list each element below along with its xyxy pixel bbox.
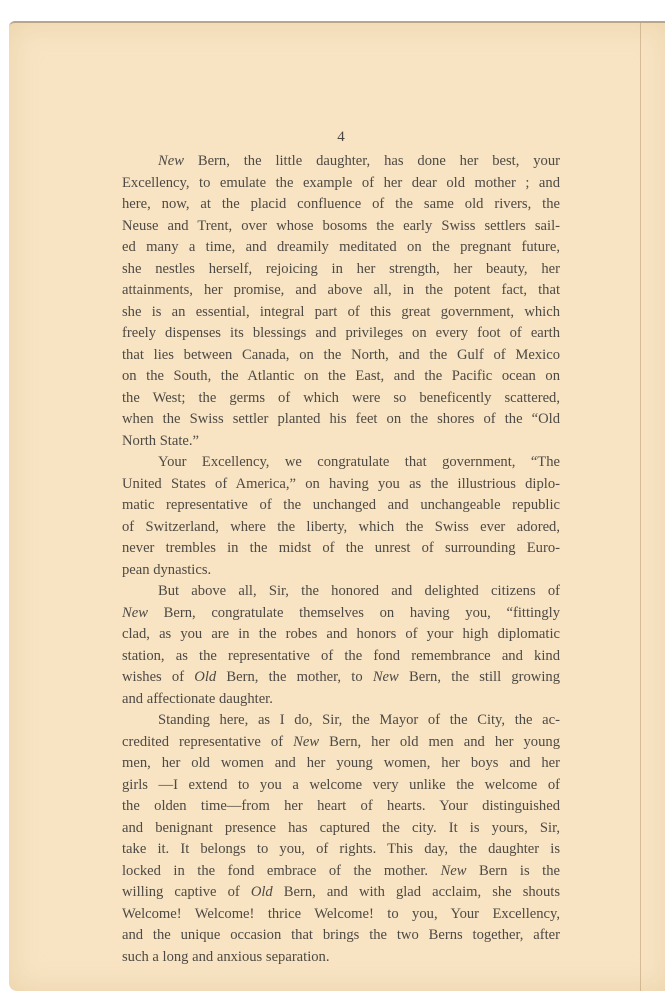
text-line: such a long and anxious separation. (122, 947, 560, 969)
text-segment: and benignant presence has captured the … (122, 820, 560, 836)
text-line: United States of America,” on having you… (122, 474, 560, 496)
text-segment: such a long and anxious separation. (122, 949, 330, 965)
text-line: she is an essential, integral part of th… (122, 302, 560, 324)
text-segment: North State.” (122, 433, 199, 449)
text-segment: never trembles in the midst of the unres… (122, 540, 560, 556)
paragraph: But above all, Sir, the honored and deli… (122, 581, 560, 710)
text-segment: Bern, and with glad acclaim, she shouts (273, 884, 560, 900)
text-line: locked in the fond embrace of the mother… (122, 861, 560, 883)
text-line: and the unique occasion that brings the … (122, 925, 560, 947)
paragraph: New Bern, the little daughter, has done … (122, 151, 560, 452)
text-segment: station, as the representative of the fo… (122, 648, 560, 664)
text-segment: Bern, her old men and her young (319, 734, 560, 750)
italic-text: New (441, 863, 467, 879)
text-line: But above all, Sir, the honored and deli… (122, 581, 560, 603)
text-segment: attainments, her promise, and above all,… (122, 282, 560, 298)
italic-text: New (122, 605, 148, 621)
text-line: Your Excellency, we congratulate that go… (122, 452, 560, 474)
page-fold-line (640, 23, 641, 991)
text-segment: Bern, the little daughter, has done her … (184, 153, 560, 169)
text-segment: Your Excellency, we congratulate that go… (158, 454, 560, 470)
text-line: girls —I extend to you a welcome very un… (122, 775, 560, 797)
text-segment: and affectionate daughter. (122, 691, 273, 707)
text-segment: credited representative of (122, 734, 293, 750)
text-segment: Excellency, to emulate the example of he… (122, 175, 560, 191)
text-line: never trembles in the midst of the unres… (122, 538, 560, 560)
text-line: she nestles herself, rejoicing in her st… (122, 259, 560, 281)
text-segment: freely dispenses its blessings and privi… (122, 325, 560, 341)
paragraph: Standing here, as I do, Sir, the Mayor o… (122, 710, 560, 968)
text-segment: Bern is the (467, 863, 560, 879)
text-segment: United States of America,” on having you… (122, 476, 560, 492)
text-segment: she nestles herself, rejoicing in her st… (122, 261, 560, 277)
text-line: Welcome! Welcome! thrice Welcome! to you… (122, 904, 560, 926)
text-line: New Bern, the little daughter, has done … (122, 151, 560, 173)
text-line: Neuse and Trent, over whose bosoms the e… (122, 216, 560, 238)
text-segment: girls —I extend to you a welcome very un… (122, 777, 560, 793)
text-segment: on the South, the Atlantic on the East, … (122, 368, 560, 384)
text-line: and affectionate daughter. (122, 689, 560, 711)
text-line: the olden time—from her heart of hearts.… (122, 796, 560, 818)
text-line: wishes of Old Bern, the mother, to New B… (122, 667, 560, 689)
text-line: men, her old women and her young women, … (122, 753, 560, 775)
text-line: attainments, her promise, and above all,… (122, 280, 560, 302)
text-line: clad, as you are in the robes and honors… (122, 624, 560, 646)
text-segment: Bern, congratulate themselves on having … (148, 605, 560, 621)
text-line: North State.” (122, 431, 560, 453)
text-segment: Standing here, as I do, Sir, the Mayor o… (158, 712, 560, 728)
paragraph: Your Excellency, we congratulate that go… (122, 452, 560, 581)
text-line: that lies between Canada, on the North, … (122, 345, 560, 367)
text-line: of Switzerland, where the liberty, which… (122, 517, 560, 539)
text-line: the West; the germs of which were so ben… (122, 388, 560, 410)
text-segment: But above all, Sir, the honored and deli… (158, 583, 560, 599)
text-line: Excellency, to emulate the example of he… (122, 173, 560, 195)
italic-text: New (158, 153, 184, 169)
text-line: here, now, at the placid confluence of t… (122, 194, 560, 216)
text-segment: that lies between Canada, on the North, … (122, 347, 560, 363)
text-line: ed many a time, and dreamily meditated o… (122, 237, 560, 259)
text-line: pean dynastics. (122, 560, 560, 582)
text-line: matic representative of the unchanged an… (122, 495, 560, 517)
text-segment: willing captive of (122, 884, 251, 900)
text-segment: the West; the germs of which were so ben… (122, 390, 560, 406)
text-line: and benignant presence has captured the … (122, 818, 560, 840)
text-segment: of Switzerland, where the liberty, which… (122, 519, 560, 535)
italic-text: New (293, 734, 319, 750)
text-segment: Neuse and Trent, over whose bosoms the e… (122, 218, 560, 234)
text-segment: men, her old women and her young women, … (122, 755, 560, 771)
italic-text: Old (251, 884, 273, 900)
text-line: on the South, the Atlantic on the East, … (122, 366, 560, 388)
text-segment: matic representative of the unchanged an… (122, 497, 560, 513)
page-number: 4 (9, 129, 665, 146)
text-line: willing captive of Old Bern, and with gl… (122, 882, 560, 904)
text-segment: when the Swiss settler planted his feet … (122, 411, 560, 427)
text-segment: Bern, the mother, to (216, 669, 373, 685)
text-segment: she is an essential, integral part of th… (122, 304, 560, 320)
text-line: when the Swiss settler planted his feet … (122, 409, 560, 431)
italic-text: New (373, 669, 399, 685)
text-segment: wishes of (122, 669, 194, 685)
text-line: Standing here, as I do, Sir, the Mayor o… (122, 710, 560, 732)
document-page: 4 New Bern, the little daughter, has don… (9, 21, 665, 991)
text-segment: here, now, at the placid confluence of t… (122, 196, 560, 212)
text-line: take it. It belongs to you, of rights. T… (122, 839, 560, 861)
italic-text: Old (194, 669, 216, 685)
text-segment: Bern, the still growing (399, 669, 560, 685)
text-segment: ed many a time, and dreamily meditated o… (122, 239, 560, 255)
text-line: station, as the representative of the fo… (122, 646, 560, 668)
text-segment: Welcome! Welcome! thrice Welcome! to you… (122, 906, 560, 922)
text-line: New Bern, congratulate themselves on hav… (122, 603, 560, 625)
speech-body: New Bern, the little daughter, has done … (122, 151, 560, 968)
text-line: credited representative of New Bern, her… (122, 732, 560, 754)
text-segment: and the unique occasion that brings the … (122, 927, 560, 943)
text-segment: take it. It belongs to you, of rights. T… (122, 841, 560, 857)
text-segment: the olden time—from her heart of hearts.… (122, 798, 560, 814)
text-segment: pean dynastics. (122, 562, 211, 578)
text-segment: clad, as you are in the robes and honors… (122, 626, 560, 642)
text-line: freely dispenses its blessings and privi… (122, 323, 560, 345)
text-segment: locked in the fond embrace of the mother… (122, 863, 441, 879)
